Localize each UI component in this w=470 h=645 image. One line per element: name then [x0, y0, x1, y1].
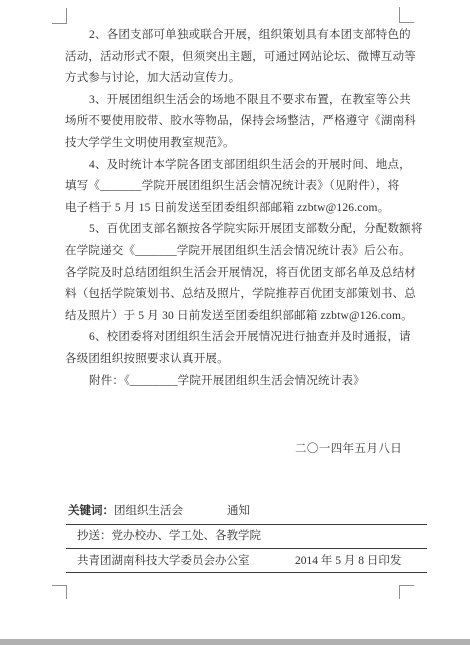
- body-line: 技大学学生文明使用教室规范》。: [65, 133, 417, 155]
- footer-divider: [66, 548, 427, 549]
- document-body: 2、各团支部可单独或联合开展，组织策划具有本团支部特色的 活动，活动形式不限，但…: [65, 25, 417, 392]
- body-line: 结及照片）于 5 月 30 日前发送至团委组织部邮箱 zzbtw@126.com…: [65, 306, 417, 328]
- body-line: 方式参与讨论，加大活动宣传力。: [65, 68, 417, 90]
- cc-row: 抄送：党办校办、学工处、各教学院: [77, 529, 261, 543]
- footer-divider: [66, 572, 427, 573]
- text-boundary-mark-bottom-right: [399, 585, 414, 599]
- text-boundary-mark-top-left: [52, 8, 67, 24]
- body-line: 在学院递交《_______学院开展团组织生活会情况统计表》后公布。: [65, 241, 417, 263]
- page-bottom-edge: [0, 639, 470, 645]
- body-line: 4、及时统计本学院各团支部团组织生活会的开展时间、地点，: [65, 155, 417, 177]
- keywords-row: 关键词：团组织生活会通知: [68, 504, 250, 518]
- document-page: 2、各团支部可单独或联合开展，组织策划具有本团支部特色的 活动，活动形式不限，但…: [0, 0, 470, 645]
- attachment-line: 附件：《________学院开展团组织生活会情况统计表》: [65, 371, 417, 393]
- body-line: 活动，活动形式不限，但须突出主题，可通过网站论坛、微博互动等: [65, 47, 417, 69]
- keywords-label: 关键词：: [68, 505, 114, 517]
- text-boundary-mark-top-right: [399, 7, 414, 23]
- footer-divider: [66, 524, 427, 525]
- body-line: 6、校团委将对团组织生活会开展情况进行抽查并及时通报，请: [65, 327, 417, 349]
- keyword-1: 团组织生活会: [114, 505, 183, 517]
- body-line: 3、开展团组织生活会的场地不限且不要求布置，在教室等公共: [65, 90, 417, 112]
- issuer-name: 共青团湖南科技大学委员会办公室: [77, 554, 250, 568]
- body-line: 各学院及时总结团组织生活会开展情况，将百优团支部名单及总结材: [65, 263, 417, 285]
- body-line: 电子档于 5 月 15 日前发送至团委组织部邮箱 zzbtw@126.com。: [65, 198, 417, 220]
- body-line: 料（包括学院策划书、总结及照片，学院推荐百优团支部策划书、总: [65, 284, 417, 306]
- keyword-2: 通知: [227, 505, 250, 517]
- document-date: 二〇一四年五月八日: [295, 440, 402, 456]
- body-line: 场所不要使用胶带、胶水等物品，保持会场整洁，严格遵守《湖南科: [65, 111, 417, 133]
- text-boundary-mark-bottom-left: [52, 585, 67, 599]
- body-line: 填写《_______学院开展团组织生活会情况统计表》（见附件），将: [65, 176, 417, 198]
- body-line: 5、百优团支部名额按各学院实际开展团支部数分配，分配数额将: [65, 219, 417, 241]
- body-line: 2、各团支部可单独或联合开展，组织策划具有本团支部特色的: [65, 25, 417, 47]
- print-date: 2014 年 5 月 8 日印发: [295, 554, 401, 568]
- body-line: 各级团组织按照要求认真开展。: [65, 349, 417, 371]
